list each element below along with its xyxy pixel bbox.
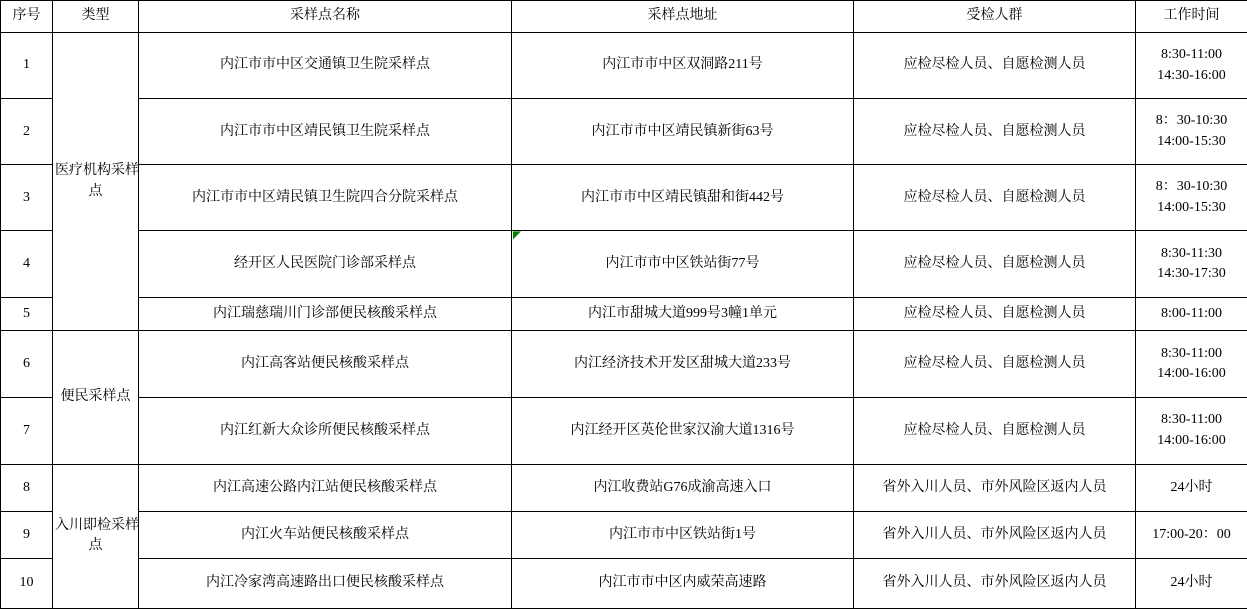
sampling-points-table: 序号 类型 采样点名称 采样点地址 受检人群 工作时间 1 医疗机构采样 点 内…: [0, 0, 1247, 609]
cell-time: 8:30-11:00 14:30-16:00: [1136, 33, 1247, 99]
cell-no: 9: [1, 511, 53, 558]
cell-name: 内江市市中区交通镇卫生院采样点: [139, 33, 512, 99]
cell-address: 内江收费站G76成渝高速入口: [512, 464, 854, 511]
cell-address-text: 内江市市中区铁站街77号: [606, 256, 760, 271]
cell-time: 8：30-10:30 14:00-15:30: [1136, 165, 1247, 231]
cell-population: 应检尽检人员、自愿检测人员: [854, 231, 1136, 298]
cell-address: 内江市市中区铁站街77号: [512, 231, 854, 298]
cell-no: 10: [1, 558, 53, 608]
cell-address: 内江经济技术开发区甜城大道233号: [512, 331, 854, 397]
sampling-points-document: 序号 类型 采样点名称 采样点地址 受检人群 工作时间 1 医疗机构采样 点 内…: [0, 0, 1247, 609]
cell-name: 经开区人民医院门诊部采样点: [139, 231, 512, 298]
cell-population: 应检尽检人员、自愿检测人员: [854, 397, 1136, 464]
cell-no: 5: [1, 298, 53, 331]
cell-time: 24小时: [1136, 464, 1247, 511]
cell-no: 8: [1, 464, 53, 511]
header-type: 类型: [53, 1, 139, 33]
cell-population: 应检尽检人员、自愿检测人员: [854, 33, 1136, 99]
header-name: 采样点名称: [139, 1, 512, 33]
table-row: 3 内江市市中区靖民镇卫生院四合分院采样点 内江市市中区靖民镇甜和街442号 应…: [1, 165, 1247, 231]
table-row: 6 便民采样点 内江高客站便民核酸采样点 内江经济技术开发区甜城大道233号 应…: [1, 331, 1247, 397]
cell-type-group-entry-check: 入川即检采样 点: [53, 464, 139, 608]
cell-population: 省外入川人员、市外风险区返内人员: [854, 558, 1136, 608]
cell-name: 内江市市中区靖民镇卫生院四合分院采样点: [139, 165, 512, 231]
table-row: 5 内江瑞慈瑞川门诊部便民核酸采样点 内江市甜城大道999号3幢1单元 应检尽检…: [1, 298, 1247, 331]
cell-address: 内江市市中区靖民镇新街63号: [512, 99, 854, 165]
cell-time: 24小时: [1136, 558, 1247, 608]
cell-time: 8:30-11:00 14:00-16:00: [1136, 331, 1247, 397]
cell-name: 内江红新大众诊所便民核酸采样点: [139, 397, 512, 464]
cell-no: 6: [1, 331, 53, 397]
cell-no: 7: [1, 397, 53, 464]
table-row: 10 内江冷家湾高速路出口便民核酸采样点 内江市市中区内威荣高速路 省外入川人员…: [1, 558, 1247, 608]
cell-address: 内江市甜城大道999号3幢1单元: [512, 298, 854, 331]
cell-time: 8：30-10:30 14:00-15:30: [1136, 99, 1247, 165]
cell-address: 内江市市中区内威荣高速路: [512, 558, 854, 608]
cell-population: 应检尽检人员、自愿检测人员: [854, 331, 1136, 397]
table-row: 2 内江市市中区靖民镇卫生院采样点 内江市市中区靖民镇新街63号 应检尽检人员、…: [1, 99, 1247, 165]
cell-no: 2: [1, 99, 53, 165]
cell-error-marker-icon: [513, 231, 521, 239]
table-row: 9 内江火车站便民核酸采样点 内江市市中区铁站街1号 省外入川人员、市外风险区返…: [1, 511, 1247, 558]
cell-address: 内江经开区英伦世家汉渝大道1316号: [512, 397, 854, 464]
cell-no: 4: [1, 231, 53, 298]
cell-no: 3: [1, 165, 53, 231]
cell-time: 8:30-11:00 14:00-16:00: [1136, 397, 1247, 464]
cell-name: 内江高速公路内江站便民核酸采样点: [139, 464, 512, 511]
cell-population: 应检尽检人员、自愿检测人员: [854, 165, 1136, 231]
cell-no: 1: [1, 33, 53, 99]
header-address: 采样点地址: [512, 1, 854, 33]
header-worktime: 工作时间: [1136, 1, 1247, 33]
cell-address: 内江市市中区靖民镇甜和街442号: [512, 165, 854, 231]
table-row: 7 内江红新大众诊所便民核酸采样点 内江经开区英伦世家汉渝大道1316号 应检尽…: [1, 397, 1247, 464]
cell-name: 内江瑞慈瑞川门诊部便民核酸采样点: [139, 298, 512, 331]
table-row: 8 入川即检采样 点 内江高速公路内江站便民核酸采样点 内江收费站G76成渝高速…: [1, 464, 1247, 511]
cell-name: 内江市市中区靖民镇卫生院采样点: [139, 99, 512, 165]
cell-name: 内江火车站便民核酸采样点: [139, 511, 512, 558]
cell-time: 8:00-11:00: [1136, 298, 1247, 331]
cell-population: 应检尽检人员、自愿检测人员: [854, 298, 1136, 331]
cell-name: 内江高客站便民核酸采样点: [139, 331, 512, 397]
table-row: 1 医疗机构采样 点 内江市市中区交通镇卫生院采样点 内江市市中区双洞路211号…: [1, 33, 1247, 99]
cell-address: 内江市市中区双洞路211号: [512, 33, 854, 99]
header-no: 序号: [1, 1, 53, 33]
cell-address: 内江市市中区铁站街1号: [512, 511, 854, 558]
header-row: 序号 类型 采样点名称 采样点地址 受检人群 工作时间: [1, 1, 1247, 33]
cell-name: 内江冷家湾高速路出口便民核酸采样点: [139, 558, 512, 608]
header-population: 受检人群: [854, 1, 1136, 33]
cell-type-group-medical: 医疗机构采样 点: [53, 33, 139, 331]
cell-time: 17:00-20：00: [1136, 511, 1247, 558]
cell-population: 省外入川人员、市外风险区返内人员: [854, 511, 1136, 558]
cell-type-group-convenience: 便民采样点: [53, 331, 139, 464]
cell-population: 省外入川人员、市外风险区返内人员: [854, 464, 1136, 511]
table-row: 4 经开区人民医院门诊部采样点 内江市市中区铁站街77号 应检尽检人员、自愿检测…: [1, 231, 1247, 298]
cell-time: 8:30-11:30 14:30-17:30: [1136, 231, 1247, 298]
cell-population: 应检尽检人员、自愿检测人员: [854, 99, 1136, 165]
